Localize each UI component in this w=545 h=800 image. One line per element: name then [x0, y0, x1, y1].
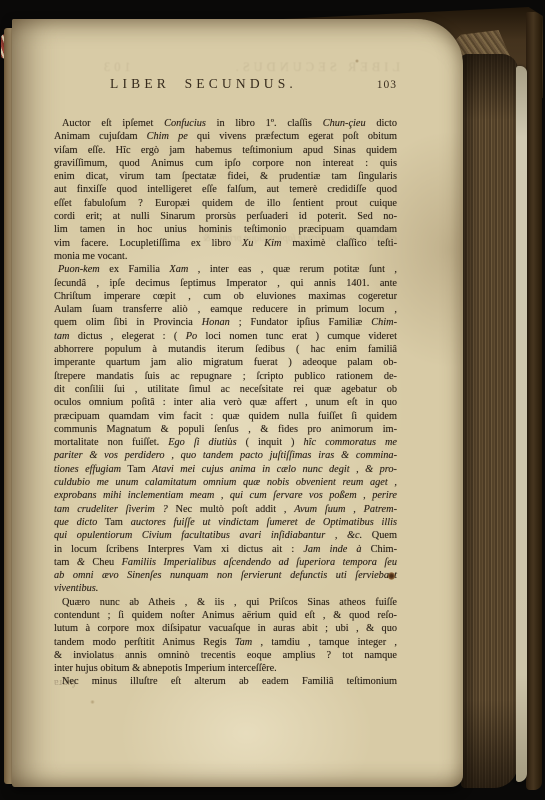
book-photo: LIBER SECUNDUS. 103 enim viri cenſent vi…: [0, 0, 545, 800]
text-line: abhorrere populum à mutandis iterum ſedi…: [54, 343, 397, 356]
text-line: Chriſtum imperare cœpit , cum ob eluvion…: [54, 290, 397, 303]
page-block-fore-edge: [461, 54, 518, 788]
running-header: LIBER SECUNDUS.: [110, 76, 297, 92]
text-line: tam & Cheu Familiis Imperialibus aſcende…: [54, 556, 397, 569]
text-line: tandem modo perſtitit Animus Regis Tam ,…: [54, 636, 397, 649]
text-line: lutum à corpore mox diſsipatur vacuaſque…: [54, 622, 397, 635]
text-line: que dicto Tam auctores fuiſſe ut vindict…: [54, 516, 397, 529]
text-line: viventibus.: [54, 582, 397, 595]
text-line: ab omni ævo Sinenſes nunquam non ſervier…: [54, 569, 397, 582]
endpaper-edge: [516, 66, 527, 782]
text-line: eſſet fabuloſum ? Europæi quidem de illo…: [54, 197, 397, 210]
text-line: Aulam ſuam transferre aliò , eamque redu…: [54, 303, 397, 316]
page-number: 103: [377, 79, 397, 91]
text-line: Quæro nunc ab Atheis , & iis , qui Priſc…: [54, 596, 397, 609]
text-line: inter hujus obitum & abnepotis Imperium …: [54, 662, 397, 675]
body-text: Auctor eſt ipſemet Confucius in libro 1º…: [54, 117, 397, 689]
text-line: lim tamen in hoc unius hominis teſtimoni…: [54, 223, 397, 236]
text-line: monia me vocant.: [54, 250, 397, 263]
text-line: dit conſilii ſui , utilitate ſimul ac ne…: [54, 383, 397, 396]
text-line: oculos omnium poſitâ : inter alia verò q…: [54, 396, 397, 409]
text-line: mortalitate non fuiſſet. Ego ſi diutiùs …: [54, 436, 397, 449]
showthrough-header: LIBER SECUNDUS. 103: [100, 60, 400, 75]
text-line: Animam cujuſdam Chim pe qui vivens præfe…: [54, 130, 397, 143]
text-line: quem olim ſibi in Provincia Honan ; Fund…: [54, 316, 397, 329]
text-line: in locum ſcribens Interpres Vam xi dictu…: [54, 543, 397, 556]
book-page: LIBER SECUNDUS. 103 enim viri cenſent vi…: [12, 19, 463, 787]
text-line: tiones effugiam Tam Atavi mei cujus anim…: [54, 463, 397, 476]
text-line: qui opulentiorum Civium facultatibus ava…: [54, 529, 397, 542]
leather-cover-right-edge: [526, 12, 542, 790]
text-line: præcipuam quamdam vim facit : quæ quidem…: [54, 410, 397, 423]
text-line: ſtrepere mandatis ſuis ac repugnare ; ſc…: [54, 370, 397, 383]
running-header-row: LIBER SECUNDUS. 103: [54, 76, 397, 96]
text-line: enim dicat, virum tam ſpectatæ fidei, & …: [54, 170, 397, 183]
text-line: pariter & vos perdidero , quo tandem pac…: [54, 449, 397, 462]
text-line: ſecundâ , ipſe decimus ſeptimus Imperato…: [54, 277, 397, 290]
foxing-spot: [355, 59, 359, 63]
text-line: graviſſimum, quod Animus cum ipſo corpor…: [54, 157, 397, 170]
showthrough-header-title: LIBER SECUNDUS.: [232, 60, 400, 75]
showthrough-header-number: 103: [100, 60, 131, 75]
text-line: contendunt ; ſi quidem noſter Animus aër…: [54, 609, 397, 622]
text-line: culdubio me unum calamitatum omnium quæ …: [54, 476, 397, 489]
text-line: Auctor eſt ipſemet Confucius in libro 1º…: [54, 117, 397, 130]
text-line: Puon-kem ex Familia Xam , inter eas , qu…: [54, 263, 397, 276]
text-line: imperante quartum jam alio migratum fuer…: [54, 356, 397, 369]
text-line: aut finxiſſe quod intelligeret eſſe falſ…: [54, 183, 397, 196]
text-line: exprobans mihi inclementiam meam , qui c…: [54, 489, 397, 502]
foxing-spot: [90, 700, 95, 704]
text-block: LIBER SECUNDUS. 103 Auctor eſt ipſemet C…: [54, 76, 397, 689]
text-line: cordi erit; at nulli Sinarum prorsùs per…: [54, 210, 397, 223]
text-line: tam crudeliter ſiverim ? Nec multò poſt …: [54, 503, 397, 516]
text-line: communis Magnatum & populi ſenſus , & fi…: [54, 423, 397, 436]
text-line: Nec minus illuſtre eſt alterum ab eadem …: [54, 675, 397, 688]
text-line: viſam eſſe. Hîc ergò jam habemus teſtimo…: [54, 144, 397, 157]
text-line: & inviolatus annis omninò trecentis eoqu…: [54, 649, 397, 662]
text-line: tam dictus , elegerat : ( Po loci nomen …: [54, 330, 397, 343]
text-line: vim facere. Locupletiſſima ex libro Xu K…: [54, 237, 397, 250]
